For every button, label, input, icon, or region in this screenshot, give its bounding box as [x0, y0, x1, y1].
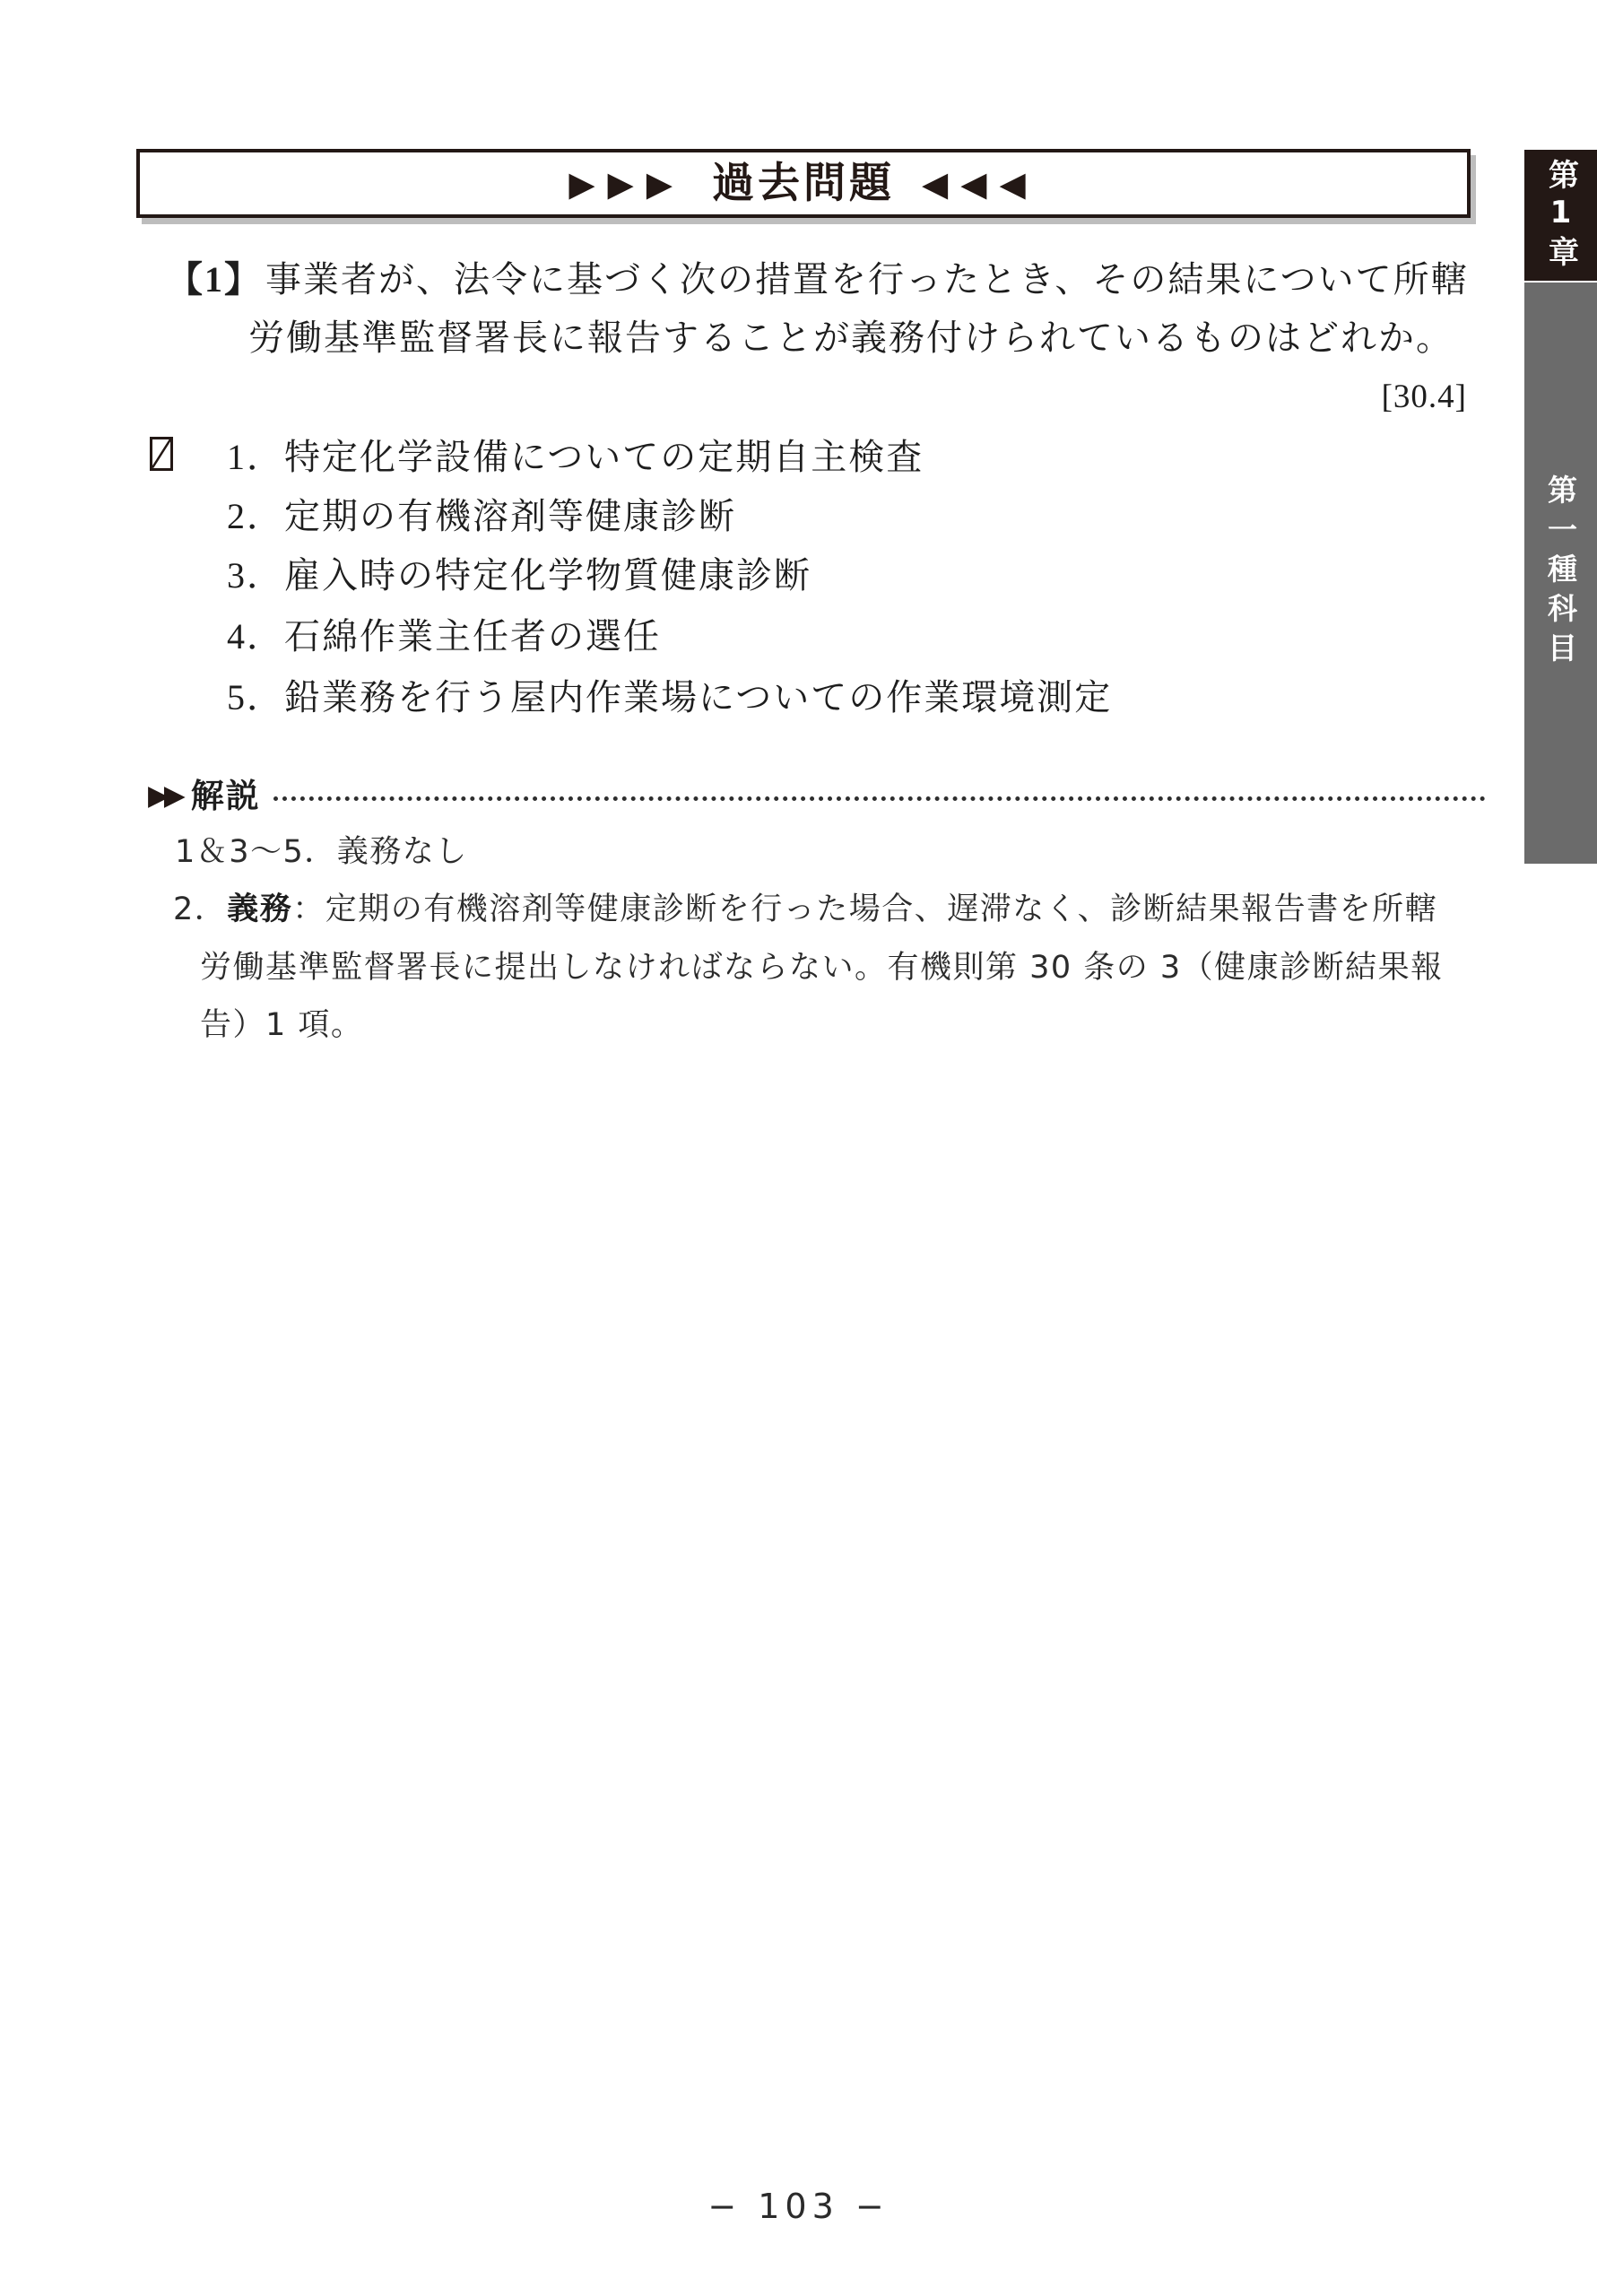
option-text: 鉛業務を行う屋内作業場についての作業環境測定 [284, 677, 1112, 717]
explanation-item2-line1: 2．義務：定期の有機溶剤等健康診断を行った場合、遅滞なく、診断結果報告書を所轄 [173, 891, 1437, 928]
option-text: 雇入時の特定化学物質健康診断 [284, 555, 812, 596]
past-questions-header: ▶▶▶ 過去問題 ◀◀◀ [136, 149, 1471, 218]
left-triangles-icon: ◀◀◀ [922, 167, 1038, 201]
option-text: 定期の有機溶剤等健康診断 [284, 496, 736, 536]
explanation-item2-line3: 告）1 項。 [200, 1006, 363, 1044]
subject-tab: 第一種科目 [1524, 283, 1597, 864]
question-number: 【1】 [167, 259, 262, 300]
question-text-line1: 【1】事業者が、法令に基づく次の措置を行ったとき、その結果について所轄 [167, 258, 1469, 301]
option-row-3: 3．雇入時の特定化学物質健康診断 [227, 554, 812, 597]
dotted-leader [273, 796, 1486, 801]
explanation-item2-keyword: 義務 [227, 891, 292, 927]
option-number: 5． [227, 677, 284, 717]
explanation-label: 解説 [191, 779, 261, 813]
explanation-item2-line2: 労働基準監督署長に提出しなければならない。有機則第 30 条の 3（健康診断結果… [200, 949, 1444, 987]
chapter-tab-label: 第1章 [1546, 159, 1576, 272]
option-text: 特定化学設備についての定期自主検査 [284, 437, 924, 477]
explanation-item2-number: 2． [173, 891, 227, 927]
explanation-item2-text: ：定期の有機溶剤等健康診断を行った場合、遅滞なく、診断結果報告書を所轄 [292, 891, 1437, 927]
option-number: 2． [227, 496, 284, 536]
subject-tab-label: 第一種科目 [1546, 474, 1575, 672]
double-right-triangles-icon: ▶▶ [148, 782, 180, 810]
explanation-header: ▶▶ 解説 [148, 779, 1486, 813]
question-text: 事業者が、法令に基づく次の措置を行ったとき、その結果について所轄 [265, 259, 1469, 300]
page-number: − 103 − [0, 2187, 1597, 2226]
option-row-5: 5．鉛業務を行う屋内作業場についての作業環境測定 [227, 676, 1112, 719]
page-title: 過去問題 [712, 162, 895, 204]
option-number: 4． [227, 616, 284, 657]
explanation-summary-line: 1＆3〜5．義務なし [175, 833, 468, 871]
chapter-tab: 第1章 [1524, 150, 1597, 281]
option-text: 石綿作業主任者の選任 [284, 616, 661, 657]
option-number: 3． [227, 555, 284, 596]
question-source-tag: [30.4] [1382, 378, 1467, 417]
right-triangles-icon: ▶▶▶ [568, 167, 685, 201]
option-row-2: 2．定期の有機溶剤等健康診断 [227, 495, 736, 538]
answer-checkbox-icon [150, 437, 173, 471]
book-page: ▶▶▶ 過去問題 ◀◀◀ 第1章 第一種科目 【1】事業者が、法令に基づく次の措… [0, 0, 1597, 2296]
option-row-1: 1．特定化学設備についての定期自主検査 [227, 436, 924, 479]
option-row-4: 4．石綿作業主任者の選任 [227, 615, 661, 658]
option-number: 1． [227, 437, 284, 477]
question-text-line2: 労働基準監督署長に報告することが義務付けられているものはどれか。 [248, 317, 1454, 360]
